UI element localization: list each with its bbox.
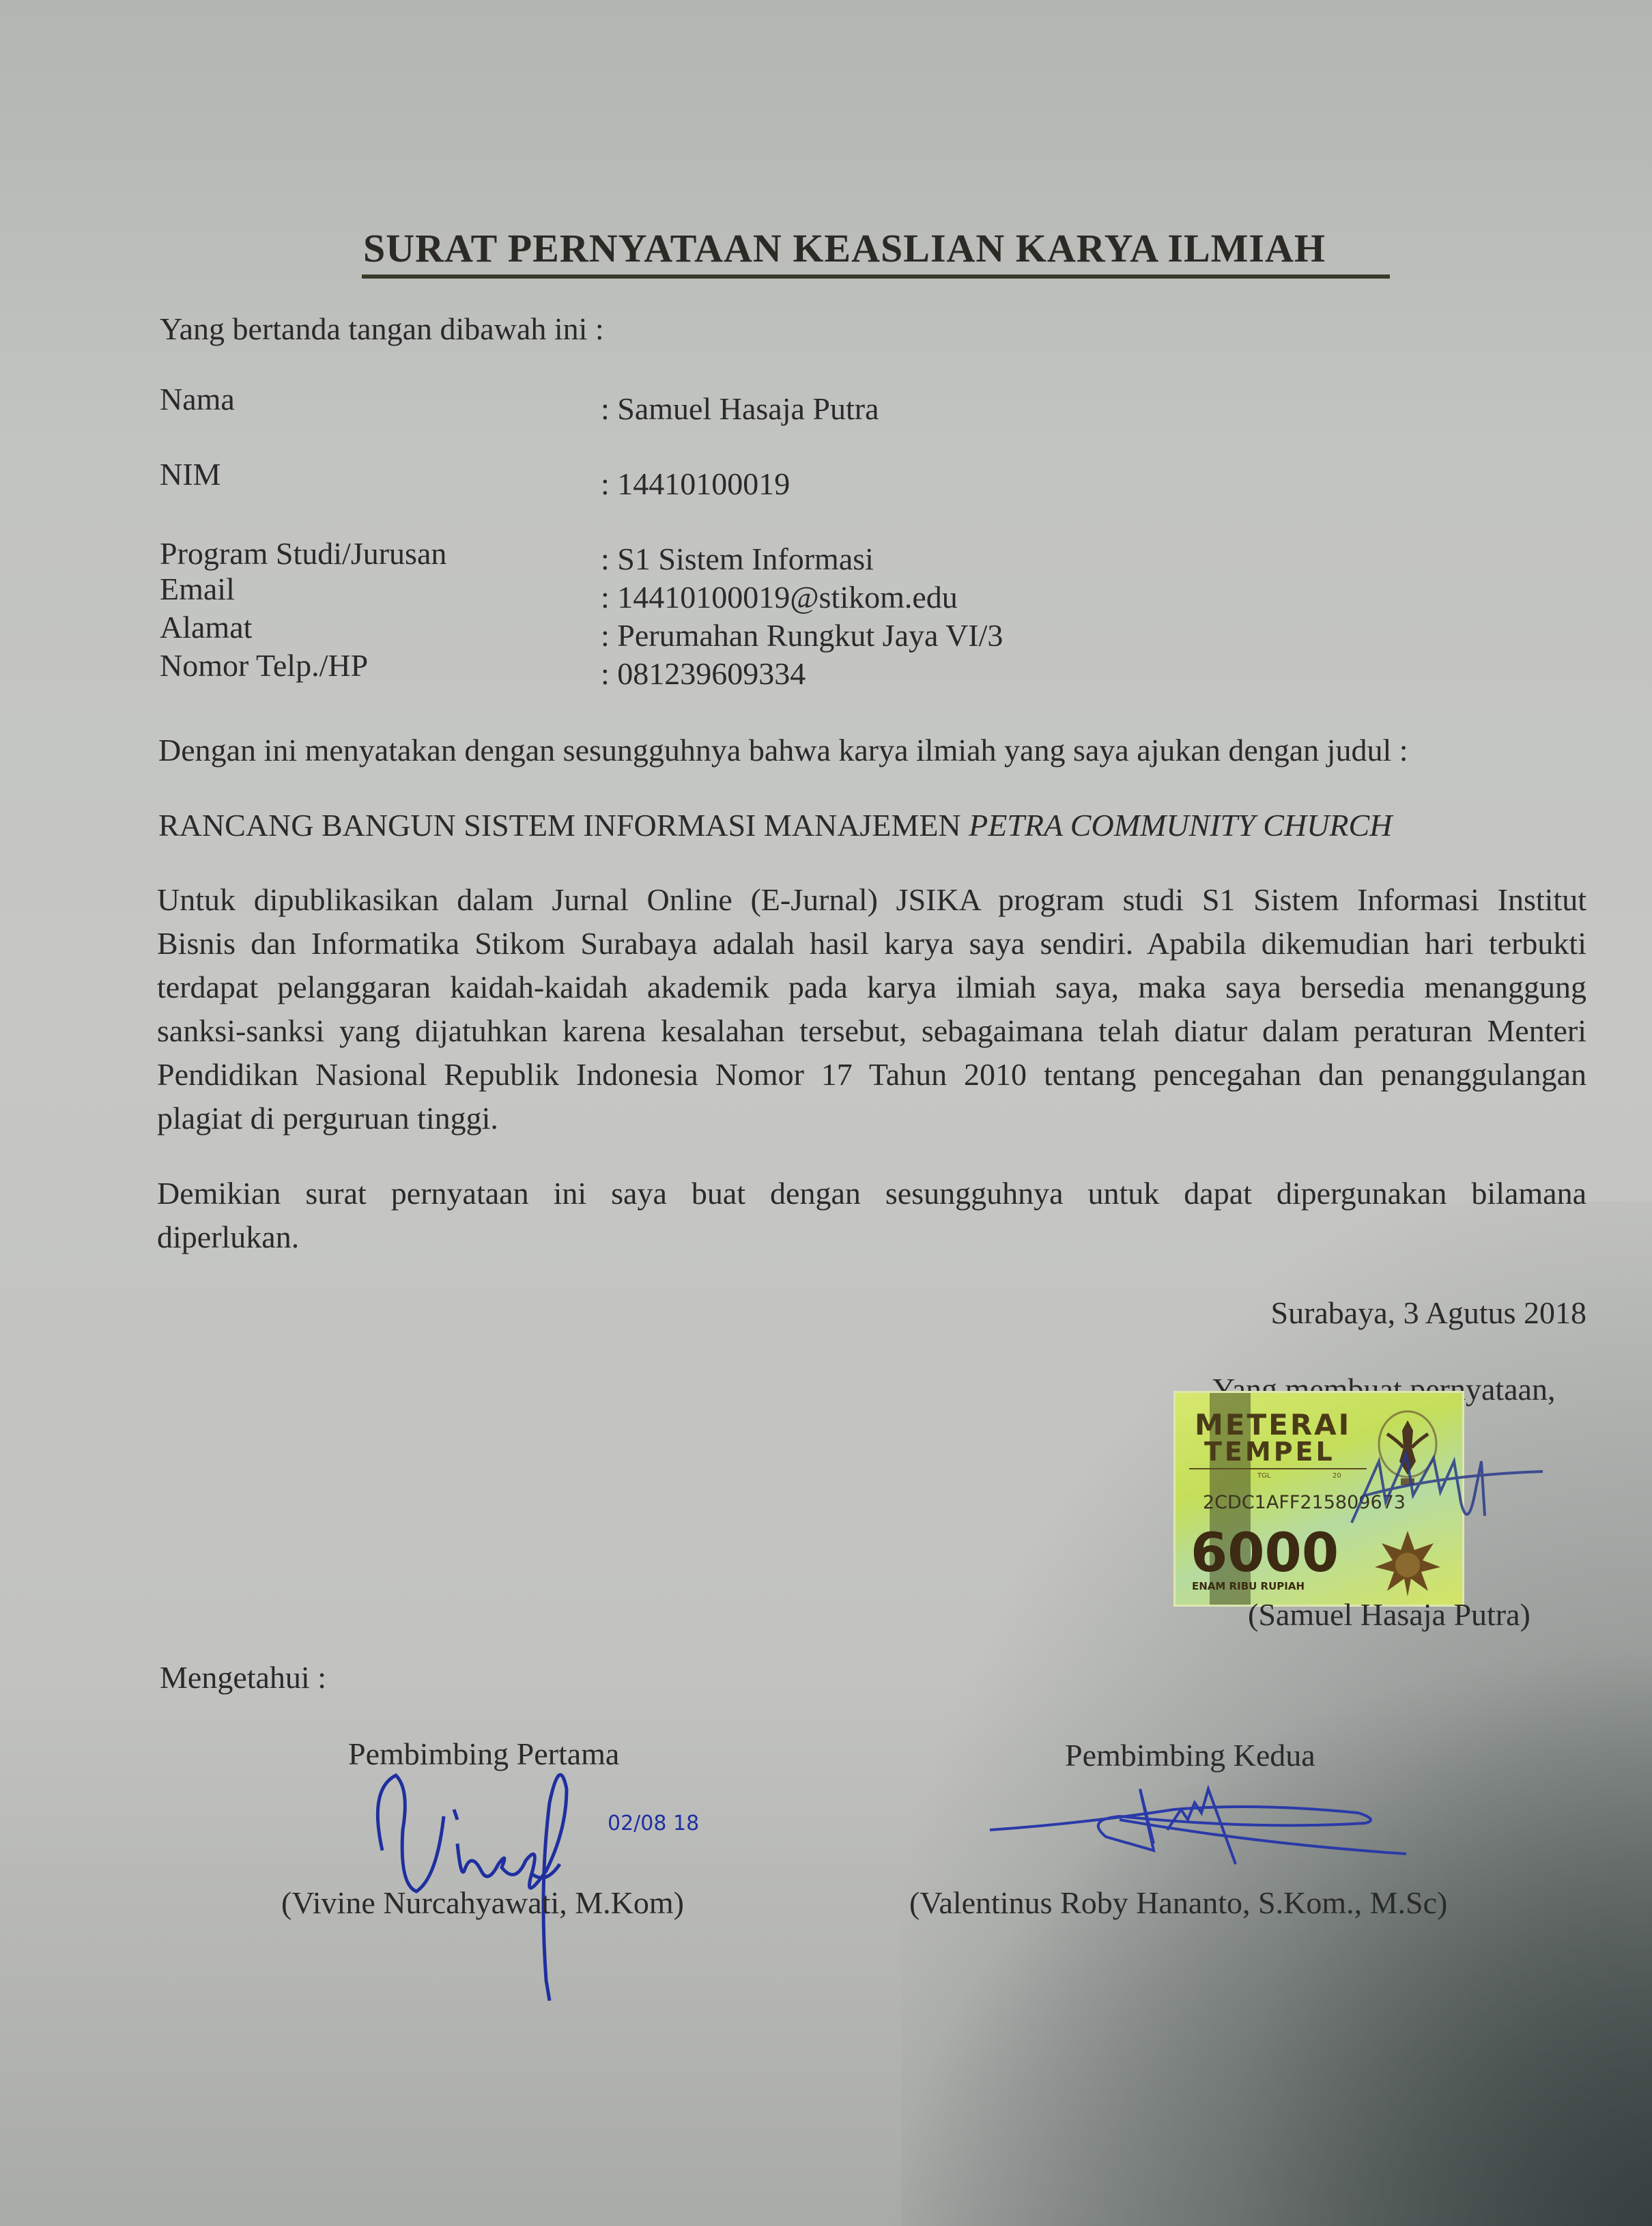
intro-text: Yang bertanda tangan dibawah ini :: [160, 311, 604, 347]
paragraph-line: Pendidikan Nasional Republik Indonesia N…: [157, 1053, 1586, 1097]
field-value-email: : 14410100019@stikom.edu: [601, 579, 958, 615]
maker-name: (Samuel Hasaja Putra): [1248, 1596, 1530, 1633]
advisor1-name: (Vivine Nurcahyawati, M.Kom): [281, 1885, 684, 1921]
document-title: SURAT PERNYATAAN KEASLIAN KARYA ILMIAH: [363, 225, 1326, 271]
field-label-email: Email: [160, 571, 235, 607]
field-label-alamat: Alamat: [160, 609, 252, 645]
advisor2-role: Pembimbing Kedua: [1065, 1737, 1315, 1773]
photo-shadow: [901, 1202, 1652, 2226]
acknowledged-label: Mengetahui :: [160, 1659, 326, 1695]
advisor1-handwritten-date: 02/08 18: [608, 1812, 699, 1835]
field-label-program: Program Studi/Jurusan: [160, 535, 446, 572]
thesis-title-main: RANCANG BANGUN SISTEM INFORMASI MANAJEME…: [158, 808, 969, 843]
field-value-nim: : 14410100019: [601, 466, 790, 502]
field-label-nim: NIM: [160, 456, 220, 492]
publication-paragraph: Untuk dipublikasikan dalam Jurnal Online…: [157, 878, 1586, 1140]
stamp-value-words: ENAM RIBU RUPIAH: [1192, 1580, 1305, 1592]
paragraph-line: terdapat pelanggaran kaidah-kaidah akade…: [157, 966, 1586, 1009]
maker-signature-icon: [1338, 1420, 1556, 1543]
thesis-title-italic: PETRA COMMUNITY CHURCH: [969, 808, 1392, 843]
advisor2-signature-icon: [983, 1782, 1427, 1885]
paragraph-line: Bisnis dan Informatika Stikom Surabaya a…: [157, 922, 1586, 966]
title-underline: [362, 274, 1390, 279]
closing-paragraph: Demikian surat pernyataan ini saya buat …: [157, 1172, 1586, 1259]
paragraph-line: Untuk dipublikasikan dalam Jurnal Online…: [157, 878, 1586, 922]
field-value-nama: : Samuel Hasaja Putra: [601, 391, 879, 427]
field-value-alamat: : Perumahan Rungkut Jaya VI/3: [601, 617, 1003, 653]
field-value-program: : S1 Sistem Informasi: [601, 541, 874, 577]
paragraph-line: diperlukan.: [157, 1215, 1586, 1259]
stamp-value: 6000: [1191, 1523, 1339, 1584]
thesis-title: RANCANG BANGUN SISTEM INFORMASI MANAJEME…: [158, 807, 1392, 843]
stamp-tgl: TGL: [1257, 1472, 1270, 1480]
field-label-nama: Nama: [160, 381, 235, 417]
paragraph-line: plagiat di perguruan tinggi.: [157, 1097, 1586, 1140]
advisor2-name: (Valentinus Roby Hananto, S.Kom., M.Sc): [909, 1885, 1447, 1921]
paragraph-line: Demikian surat pernyataan ini saya buat …: [157, 1172, 1586, 1215]
statement-text: Dengan ini menyatakan dengan sesungguhny…: [158, 732, 1408, 768]
place-date: Surabaya, 3 Agutus 2018: [1270, 1295, 1586, 1331]
field-value-telp: : 081239609334: [601, 656, 806, 692]
paragraph-line: sanksi-sanksi yang dijatuhkan karena kes…: [157, 1009, 1586, 1053]
stamp-line2: TEMPEL: [1204, 1437, 1335, 1467]
field-label-telp: Nomor Telp./HP: [160, 647, 368, 684]
